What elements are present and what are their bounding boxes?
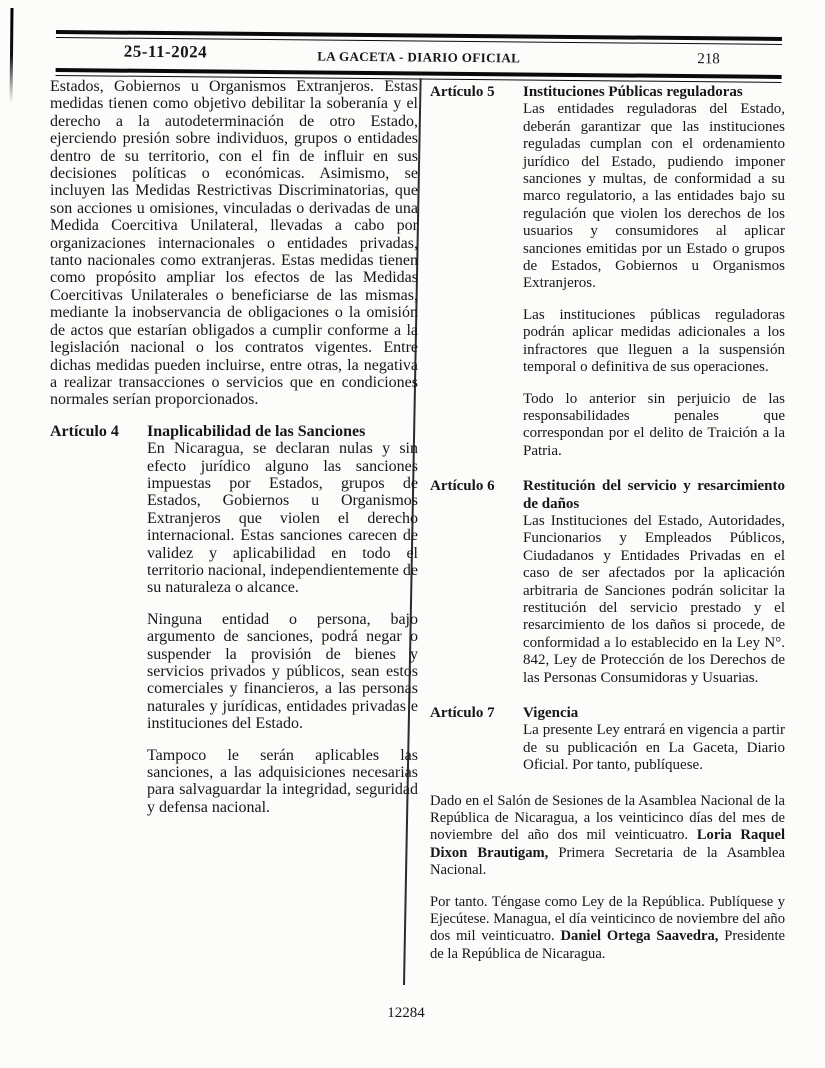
page-number: 218 — [697, 51, 720, 68]
article-5-paragraph: Las instituciones públicas reguladoras p… — [523, 307, 785, 377]
continuation-paragraph: Estados, Gobiernos u Organismos Extranje… — [50, 78, 418, 409]
article-5-paragraph: Todo lo anterior sin perjuicio de las re… — [523, 391, 785, 461]
header-row: 25-11-2024 LA GACETA - DIARIO OFICIAL 21… — [56, 40, 782, 73]
article-4-body: Inaplicabilidad de las Sanciones En Nica… — [147, 423, 418, 831]
gazette-page: 25-11-2024 LA GACETA - DIARIO OFICIAL 21… — [0, 0, 825, 1068]
article-6-body: Restitución del servicio y resarcimiento… — [523, 478, 785, 701]
article-7-paragraph: La presente Ley entrará en vigencia a pa… — [523, 722, 785, 774]
right-column: Artículo 5 Instituciones Públicas regula… — [430, 84, 785, 977]
header-rule-top-thick — [56, 30, 782, 41]
article-7-title: Vigencia — [523, 705, 785, 722]
article-6-label: Artículo 6 — [430, 478, 523, 701]
article-5-label: Artículo 5 — [430, 84, 523, 474]
article-4-title: Inaplicabilidad de las Sanciones — [147, 423, 418, 440]
article-6-paragraph: Las Instituciones del Estado, Autoridade… — [523, 513, 785, 687]
article-4-paragraph: En Nicaragua, se declaran nulas y sin ef… — [147, 440, 418, 597]
article-6: Artículo 6 Restitución del servicio y re… — [430, 478, 785, 701]
left-column: Estados, Gobiernos u Organismos Extranje… — [50, 78, 418, 834]
article-5-paragraph: Las entidades reguladoras del Estado, de… — [523, 101, 785, 292]
article-7-label: Artículo 7 — [430, 705, 523, 789]
article-4-paragraph: Tampoco le serán aplicables las sancione… — [147, 747, 418, 817]
publication-title: LA GACETA - DIARIO OFICIAL — [56, 46, 782, 69]
closing-paragraph-enactment: Dado en el Salón de Sesiones de la Asamb… — [430, 793, 785, 880]
article-5-title: Instituciones Públicas reguladoras — [523, 84, 785, 101]
article-4-paragraph: Ninguna entidad o persona, bajo argument… — [147, 611, 418, 733]
article-7-body: Vigencia La presente Ley entrará en vige… — [523, 705, 785, 789]
president-name: Daniel Ortega Saavedra, — [560, 928, 718, 944]
article-5-body: Instituciones Públicas reguladoras Las e… — [523, 84, 785, 474]
scan-artifact-line — [10, 8, 14, 103]
article-4: Artículo 4 Inaplicabilidad de las Sancio… — [50, 423, 418, 831]
footer-document-number: 12284 — [0, 1005, 812, 1022]
article-5: Artículo 5 Instituciones Públicas regula… — [430, 84, 785, 474]
page-header: 25-11-2024 LA GACETA - DIARIO OFICIAL 21… — [56, 30, 782, 83]
article-6-title: Restitución del servicio y resarcimiento… — [523, 478, 785, 513]
article-4-label: Artículo 4 — [50, 423, 147, 831]
closing-paragraph-promulgation: Por tanto. Téngase como Ley de la Repúbl… — [430, 894, 785, 964]
article-7: Artículo 7 Vigencia La presente Ley entr… — [430, 705, 785, 789]
